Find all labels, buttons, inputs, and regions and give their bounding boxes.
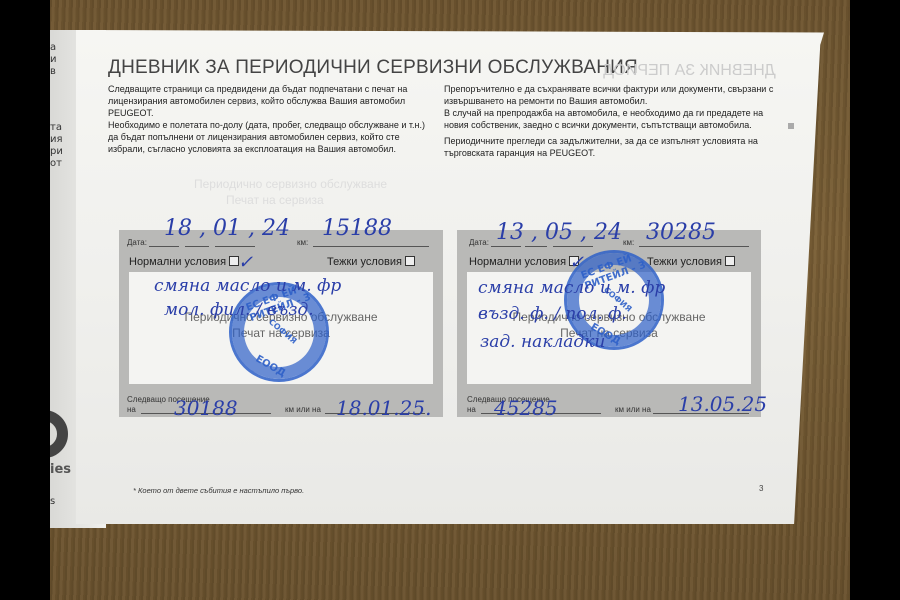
next-visit-on-label: на bbox=[467, 405, 476, 414]
stamp-text-mid: СОФИЯ bbox=[267, 317, 298, 345]
handwritten-next-date: 13.05.25 bbox=[678, 392, 767, 416]
km-line bbox=[313, 246, 429, 247]
footnote: * Което от двете събития е настъпило пър… bbox=[133, 486, 304, 495]
handwritten-next-date: 18.01.25. bbox=[336, 396, 431, 420]
date-label: Дата: bbox=[127, 238, 147, 247]
date-month-line bbox=[185, 246, 209, 247]
handwritten-notes-line2: мол. фил. / възд. bbox=[164, 300, 314, 320]
heavy-conditions: Тежки условия bbox=[327, 256, 415, 268]
handwritten-notes-line1: смяна масло и м. фр bbox=[478, 278, 665, 298]
letterbox-left bbox=[0, 0, 50, 600]
fragment: ies bbox=[50, 462, 71, 477]
date-year-line bbox=[553, 246, 593, 247]
fragment: и bbox=[50, 54, 57, 65]
normal-conditions-label: Нормални условия bbox=[469, 256, 566, 268]
date-day-line bbox=[491, 246, 521, 247]
normal-conditions: Нормални условия bbox=[469, 256, 579, 268]
show-through-text: Печат на сервиза bbox=[226, 193, 324, 207]
heavy-conditions-checkbox[interactable] bbox=[725, 256, 735, 266]
handwritten-next-km: 45285 bbox=[494, 396, 558, 420]
intro-paragraph: Необходимо е полетата по-долу (дата, про… bbox=[108, 119, 428, 155]
fragment: s bbox=[50, 496, 55, 507]
normal-check-mark: ✓ bbox=[238, 252, 253, 273]
normal-conditions: Нормални условия bbox=[129, 256, 239, 268]
photo-scene: а и в та ия ри от ies s ДНЕВНИК ЗА ПЕРИО… bbox=[0, 0, 900, 600]
intro-paragraph: Препоръчително е да съхранявате всички ф… bbox=[444, 83, 784, 107]
square-marker bbox=[788, 123, 794, 129]
fragment: в bbox=[50, 66, 56, 77]
show-through-title: ДНЕВНИК ЗА ПЕРИОД bbox=[603, 62, 776, 80]
handwritten-notes-line1: смяна масло и м. фр bbox=[154, 276, 341, 296]
intro-left: Следващите страници са предвидени да бъд… bbox=[108, 83, 428, 155]
letterbox-right bbox=[850, 0, 900, 600]
service-log-page: ДНЕВНИК ЗА ПЕРИОДИЧНИ СЕРВИЗНИ ОБСЛУЖВАН… bbox=[76, 30, 824, 524]
handwritten-next-km: 30188 bbox=[174, 396, 238, 420]
page-title: ДНЕВНИК ЗА ПЕРИОДИЧНИ СЕРВИЗНИ ОБСЛУЖВАН… bbox=[108, 57, 638, 79]
handwritten-km: 15188 bbox=[322, 216, 392, 241]
next-visit-on-label: на bbox=[127, 405, 136, 414]
date-day-line bbox=[149, 246, 179, 247]
normal-conditions-label: Нормални условия bbox=[129, 256, 226, 268]
km-label: км: bbox=[623, 238, 634, 247]
handwritten-date: 18 , 01 , 24 bbox=[164, 216, 290, 241]
fragment: а bbox=[50, 42, 56, 53]
handwritten-notes-line2: възд. ф. / пол. ф. bbox=[478, 304, 627, 324]
date-month-line bbox=[525, 246, 547, 247]
km-or-on-label: км или на bbox=[615, 405, 651, 414]
heavy-conditions-label: Тежки условия bbox=[327, 256, 402, 268]
fragment: от bbox=[50, 158, 62, 169]
km-or-on-label: км или на bbox=[285, 405, 321, 414]
logo-fragment bbox=[50, 410, 68, 458]
stamp-text-bottom: ЕООД bbox=[253, 354, 287, 380]
handwritten-km: 30285 bbox=[646, 220, 716, 245]
heavy-conditions-checkbox[interactable] bbox=[405, 256, 415, 266]
km-label: км: bbox=[297, 238, 308, 247]
intro-paragraph: Периодичните прегледи са задължителни, з… bbox=[444, 135, 784, 159]
date-year-line bbox=[215, 246, 255, 247]
handwritten-notes-line3: зад. накладки bbox=[480, 332, 605, 352]
fragment: ия bbox=[50, 134, 63, 145]
intro-paragraph: Следващите страници са предвидени да бъд… bbox=[108, 83, 428, 119]
normal-check-mark: ✓ bbox=[569, 252, 584, 273]
handwritten-date: 13 , 05 , 24 bbox=[496, 220, 622, 245]
intro-right: Препоръчително е да съхранявате всички ф… bbox=[444, 83, 784, 159]
fragment: та bbox=[50, 122, 62, 133]
fragment: ри bbox=[50, 146, 63, 157]
date-label: Дата: bbox=[469, 238, 489, 247]
show-through-text: Периодично сервизно обслужване bbox=[194, 177, 387, 191]
intro-paragraph: В случай на препродажба на автомобила, е… bbox=[444, 107, 784, 131]
service-stamp: ЕС ЕФ ЕЙ РИТЕЙЛ - 3 СОФИЯ ЕООД bbox=[229, 282, 329, 382]
page-number: 3 bbox=[759, 484, 763, 493]
